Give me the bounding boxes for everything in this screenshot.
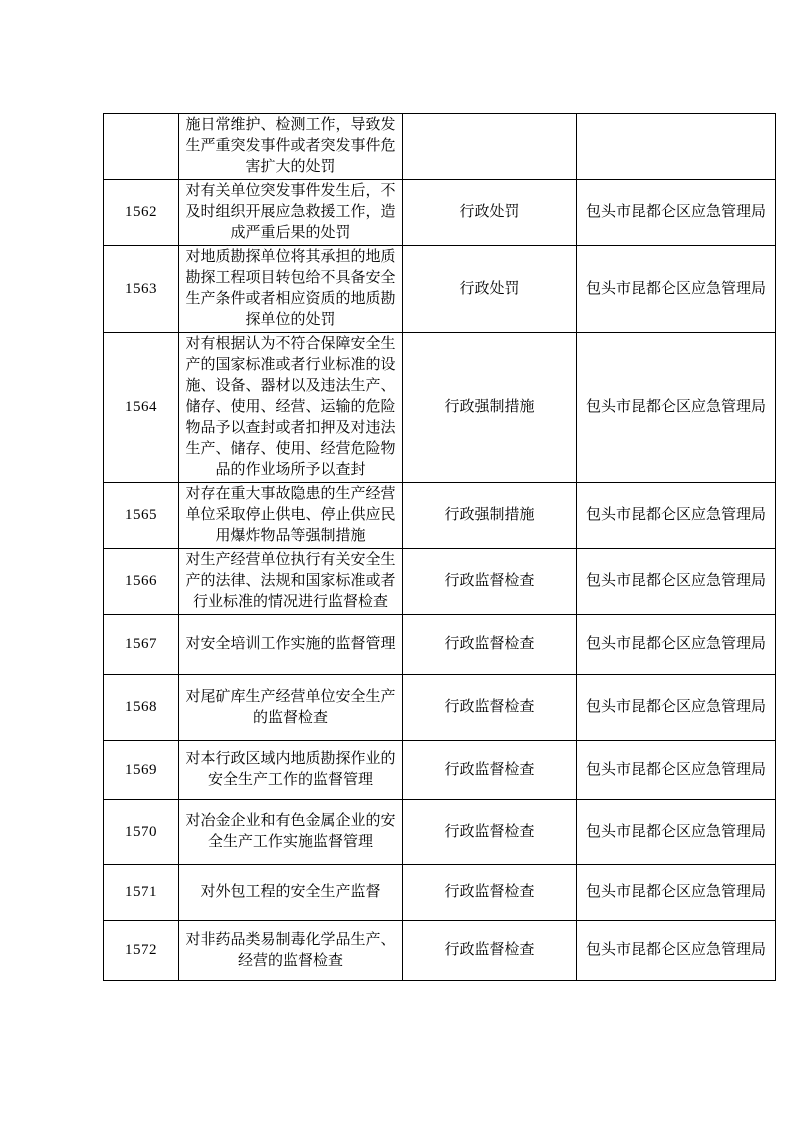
table-row: 1566 对生产经营单位执行有关安全生产的法律、法规和国家标准或者行业标准的情况…	[104, 549, 776, 615]
action-type-cell: 行政强制措施	[403, 333, 577, 483]
agency-cell: 包头市昆都仑区应急管理局	[577, 675, 776, 741]
item-description-cell: 对非药品类易制毒化学品生产、经营的监督检查	[179, 921, 403, 981]
item-description-cell: 对安全培训工作实施的监督管理	[179, 615, 403, 675]
item-id-cell	[104, 114, 179, 180]
action-type-cell: 行政处罚	[403, 180, 577, 246]
action-type-cell: 行政强制措施	[403, 483, 577, 549]
item-id-cell: 1569	[104, 741, 179, 800]
agency-cell: 包头市昆都仑区应急管理局	[577, 180, 776, 246]
agency-cell: 包头市昆都仑区应急管理局	[577, 549, 776, 615]
table-row: 1570 对冶金企业和有色金属企业的安全生产工作实施监督管理 行政监督检查 包头…	[104, 800, 776, 865]
item-id-cell: 1565	[104, 483, 179, 549]
table-row: 1564 对有根据认为不符合保障安全生产的国家标准或者行业标准的设施、设备、器材…	[104, 333, 776, 483]
table-row: 1563 对地质勘探单位将其承担的地质勘探工程项目转包给不具备安全生产条件或者相…	[104, 246, 776, 333]
agency-cell: 包头市昆都仑区应急管理局	[577, 741, 776, 800]
item-description-cell: 对尾矿库生产经营单位安全生产的监督检查	[179, 675, 403, 741]
item-id-cell: 1562	[104, 180, 179, 246]
agency-cell: 包头市昆都仑区应急管理局	[577, 333, 776, 483]
action-type-cell	[403, 114, 577, 180]
item-id-cell: 1567	[104, 615, 179, 675]
agency-cell: 包头市昆都仑区应急管理局	[577, 921, 776, 981]
item-id-cell: 1568	[104, 675, 179, 741]
agency-cell: 包头市昆都仑区应急管理局	[577, 246, 776, 333]
table-row: 1569 对本行政区域内地质勘探作业的安全生产工作的监督管理 行政监督检查 包头…	[104, 741, 776, 800]
item-description-cell: 施日常维护、检测工作，导致发生严重突发事件或者突发事件危害扩大的处罚	[179, 114, 403, 180]
table-row: 施日常维护、检测工作，导致发生严重突发事件或者突发事件危害扩大的处罚	[104, 114, 776, 180]
item-description-cell: 对有关单位突发事件发生后，不及时组织开展应急救援工作，造成严重后果的处罚	[179, 180, 403, 246]
table-row: 1562 对有关单位突发事件发生后，不及时组织开展应急救援工作，造成严重后果的处…	[104, 180, 776, 246]
administrative-items-table: 施日常维护、检测工作，导致发生严重突发事件或者突发事件危害扩大的处罚 1562 …	[103, 113, 776, 981]
agency-cell: 包头市昆都仑区应急管理局	[577, 483, 776, 549]
action-type-cell: 行政监督检查	[403, 549, 577, 615]
agency-cell: 包头市昆都仑区应急管理局	[577, 615, 776, 675]
item-description-cell: 对本行政区域内地质勘探作业的安全生产工作的监督管理	[179, 741, 403, 800]
item-description-cell: 对存在重大事故隐患的生产经营单位采取停止供电、停止供应民用爆炸物品等强制措施	[179, 483, 403, 549]
item-id-cell: 1563	[104, 246, 179, 333]
table-row: 1568 对尾矿库生产经营单位安全生产的监督检查 行政监督检查 包头市昆都仑区应…	[104, 675, 776, 741]
item-id-cell: 1572	[104, 921, 179, 981]
action-type-cell: 行政监督检查	[403, 675, 577, 741]
action-type-cell: 行政监督检查	[403, 921, 577, 981]
item-description-cell: 对有根据认为不符合保障安全生产的国家标准或者行业标准的设施、设备、器材以及违法生…	[179, 333, 403, 483]
item-id-cell: 1566	[104, 549, 179, 615]
agency-cell: 包头市昆都仑区应急管理局	[577, 865, 776, 921]
item-id-cell: 1571	[104, 865, 179, 921]
table-row: 1572 对非药品类易制毒化学品生产、经营的监督检查 行政监督检查 包头市昆都仑…	[104, 921, 776, 981]
item-description-cell: 对冶金企业和有色金属企业的安全生产工作实施监督管理	[179, 800, 403, 865]
item-description-cell: 对生产经营单位执行有关安全生产的法律、法规和国家标准或者行业标准的情况进行监督检…	[179, 549, 403, 615]
action-type-cell: 行政监督检查	[403, 800, 577, 865]
table-row: 1567 对安全培训工作实施的监督管理 行政监督检查 包头市昆都仑区应急管理局	[104, 615, 776, 675]
document-page: 施日常维护、检测工作，导致发生严重突发事件或者突发事件危害扩大的处罚 1562 …	[0, 0, 793, 1122]
agency-cell: 包头市昆都仑区应急管理局	[577, 800, 776, 865]
agency-cell	[577, 114, 776, 180]
item-description-cell: 对地质勘探单位将其承担的地质勘探工程项目转包给不具备安全生产条件或者相应资质的地…	[179, 246, 403, 333]
item-id-cell: 1564	[104, 333, 179, 483]
action-type-cell: 行政监督检查	[403, 741, 577, 800]
item-id-cell: 1570	[104, 800, 179, 865]
item-description-cell: 对外包工程的安全生产监督	[179, 865, 403, 921]
table-row: 1571 对外包工程的安全生产监督 行政监督检查 包头市昆都仑区应急管理局	[104, 865, 776, 921]
action-type-cell: 行政监督检查	[403, 865, 577, 921]
action-type-cell: 行政监督检查	[403, 615, 577, 675]
action-type-cell: 行政处罚	[403, 246, 577, 333]
table-row: 1565 对存在重大事故隐患的生产经营单位采取停止供电、停止供应民用爆炸物品等强…	[104, 483, 776, 549]
